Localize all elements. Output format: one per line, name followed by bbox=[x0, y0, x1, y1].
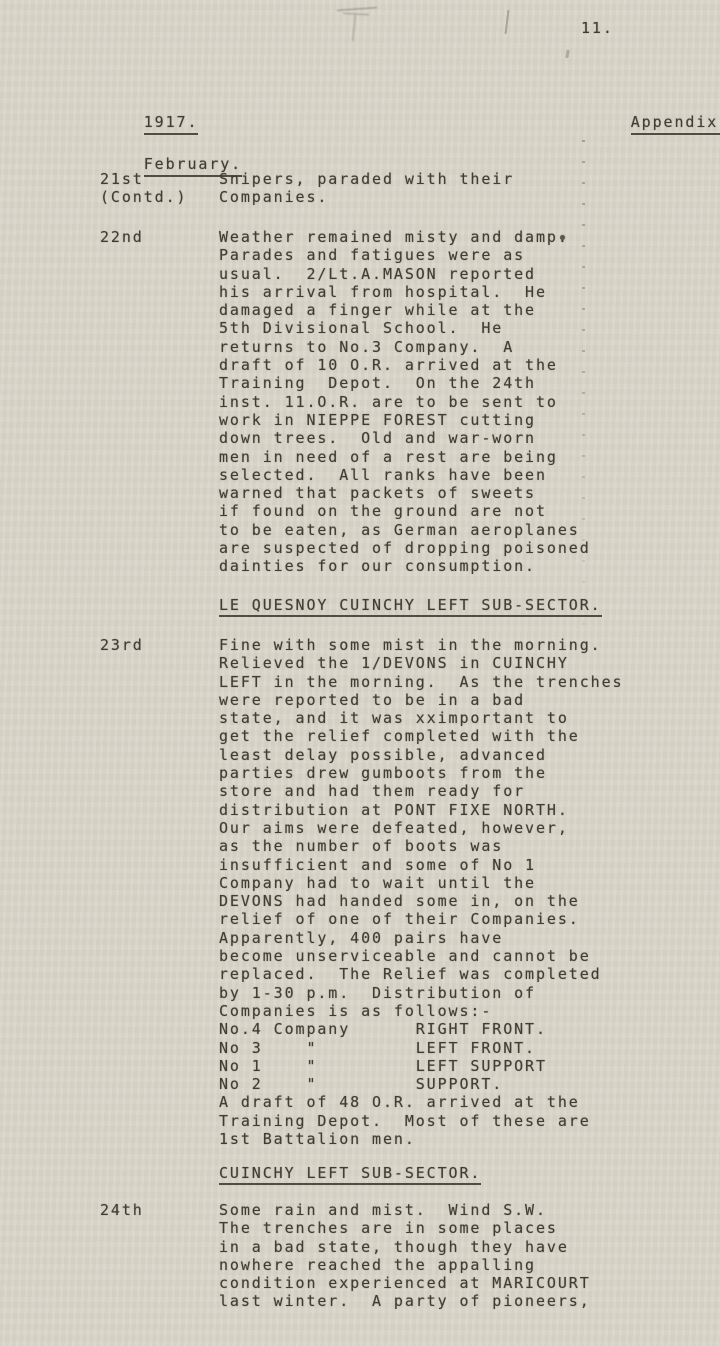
entry-date: 23rd bbox=[100, 636, 219, 1148]
entry-date-line: 23rd bbox=[100, 636, 219, 654]
entry-body: Fine with some mist in the morning.Relie… bbox=[219, 636, 623, 1148]
entry-date-line: (Contd.) bbox=[100, 188, 219, 206]
entry-text-line: Apparently, 400 pairs have bbox=[219, 929, 623, 947]
entry-text-line: No 2 " SUPPORT. bbox=[219, 1075, 623, 1093]
entry-date-line: 24th bbox=[100, 1201, 219, 1219]
entry-text-line: returns to No.3 Company. A bbox=[219, 338, 591, 356]
entry-text-line: replaced. The Relief was completed bbox=[219, 965, 623, 983]
entry-text-line: selected. All ranks have been bbox=[219, 466, 591, 484]
entry-text-line: get the relief completed with the bbox=[219, 727, 623, 745]
entry-text-line: Company had to wait until the bbox=[219, 874, 623, 892]
scanned-war-diary-page: 11. 1917. Appendix. February. 21st(Contd… bbox=[0, 0, 720, 1346]
entry-text-line: Training Depot. On the 24th bbox=[219, 374, 591, 392]
entry-text-line: parties drew gumboots from the bbox=[219, 764, 623, 782]
diary-entry: 21st(Contd.)Snipers, paraded with theirC… bbox=[100, 170, 514, 207]
diary-entry: 24thSome rain and mist. Wind S.W.The tre… bbox=[100, 1201, 591, 1311]
entry-text-line: Weather remained misty and damp. bbox=[219, 228, 591, 246]
entry-text-line: store and had them ready for bbox=[219, 782, 623, 800]
pencil-smudge bbox=[333, 6, 381, 46]
entry-text-line: LEFT in the morning. As the trenches bbox=[219, 673, 623, 691]
entry-text-line: as the number of boots was bbox=[219, 837, 623, 855]
entry-text-line: state, and it was xximportant to bbox=[219, 709, 623, 727]
entry-text-line: Parades and fatigues were as bbox=[219, 246, 591, 264]
entry-text-line: condition experienced at MARICOURT bbox=[219, 1274, 591, 1292]
diary-entry: 23rdFine with some mist in the morning.R… bbox=[100, 636, 623, 1148]
section-header: CUINCHY LEFT SUB-SECTOR. bbox=[219, 1164, 481, 1185]
entry-text-line: Relieved the 1/DEVONS in CUINCHY bbox=[219, 654, 623, 672]
entry-date: 21st(Contd.) bbox=[100, 170, 219, 207]
entry-text-line: Some rain and mist. Wind S.W. bbox=[219, 1201, 591, 1219]
paper-speck bbox=[565, 50, 569, 58]
entry-text-line: warned that packets of sweets bbox=[219, 484, 591, 502]
entry-text-line: by 1-30 p.m. Distribution of bbox=[219, 984, 623, 1002]
entry-text-line: are suspected of dropping poisoned bbox=[219, 539, 591, 557]
entry-text-line: Companies is as follows:- bbox=[219, 1002, 623, 1020]
entry-text-line: A draft of 48 O.R. arrived at the bbox=[219, 1093, 623, 1111]
diary-entry: 22ndWeather remained misty and damp.Para… bbox=[100, 228, 591, 576]
entry-text-line: relief of one of their Companies. bbox=[219, 910, 623, 928]
entry-text-line: usual. 2/Lt.A.MASON reported bbox=[219, 265, 591, 283]
appendix-heading: Appendix. bbox=[587, 95, 720, 153]
pencil-stroke-mark bbox=[505, 10, 510, 34]
entry-text-line: were reported to be in a bad bbox=[219, 691, 623, 709]
entry-text-line: nowhere reached the appalling bbox=[219, 1256, 591, 1274]
entry-text-line: least delay possible, advanced bbox=[219, 746, 623, 764]
entry-text-line: inst. 11.O.R. are to be sent to bbox=[219, 393, 591, 411]
entry-text-line: dainties for our consumption. bbox=[219, 557, 591, 575]
entry-text-line: down trees. Old and war-worn bbox=[219, 429, 591, 447]
entry-text-line: Companies. bbox=[219, 188, 514, 206]
entry-text-line: DEVONS had handed some in, on the bbox=[219, 892, 623, 910]
entry-text-line: insufficient and some of No 1 bbox=[219, 856, 623, 874]
entry-date-line: 21st bbox=[100, 170, 219, 188]
entry-text-line: No 1 " LEFT SUPPORT bbox=[219, 1057, 623, 1075]
entry-text-line: distribution at PONT FIXE NORTH. bbox=[219, 801, 623, 819]
entry-text-line: No.4 Company RIGHT FRONT. bbox=[219, 1020, 623, 1038]
entry-text-line: last winter. A party of pioneers, bbox=[219, 1292, 591, 1310]
entry-text-line: 1st Battalion men. bbox=[219, 1130, 623, 1148]
entry-date: 24th bbox=[100, 1201, 219, 1311]
entry-text-line: damaged a finger while at the bbox=[219, 301, 591, 319]
entry-text-line: Training Depot. Most of these are bbox=[219, 1112, 623, 1130]
entry-text-line: men in need of a rest are being bbox=[219, 448, 591, 466]
entry-text-line: if found on the ground are not bbox=[219, 502, 591, 520]
entry-text-line: 5th Divisional School. He bbox=[219, 319, 591, 337]
section-header: LE QUESNOY CUINCHY LEFT SUB-SECTOR. bbox=[219, 596, 602, 617]
entry-body: Snipers, paraded with theirCompanies. bbox=[219, 170, 514, 207]
page-number: 11. bbox=[581, 19, 614, 37]
entry-text-line: The trenches are in some places bbox=[219, 1219, 591, 1237]
entry-text-line: to be eaten, as German aeroplanes bbox=[219, 521, 591, 539]
section-header-text: LE QUESNOY CUINCHY LEFT SUB-SECTOR. bbox=[219, 596, 602, 617]
entry-date: 22nd bbox=[100, 228, 219, 576]
entry-text-line: his arrival from hospital. He bbox=[219, 283, 591, 301]
entry-text-line: No 3 " LEFT FRONT. bbox=[219, 1039, 623, 1057]
entry-body: Some rain and mist. Wind S.W.The trenche… bbox=[219, 1201, 591, 1311]
entry-text-line: in a bad state, though they have bbox=[219, 1238, 591, 1256]
entry-date-line: 22nd bbox=[100, 228, 219, 246]
entry-text-line: work in NIEPPE FOREST cutting bbox=[219, 411, 591, 429]
entry-text-line: become unserviceable and cannot be bbox=[219, 947, 623, 965]
entry-text-line: Our aims were defeated, however, bbox=[219, 819, 623, 837]
entry-text-line: Snipers, paraded with their bbox=[219, 170, 514, 188]
entry-text-line: Fine with some mist in the morning. bbox=[219, 636, 623, 654]
section-header-text: CUINCHY LEFT SUB-SECTOR. bbox=[219, 1164, 481, 1185]
entry-text-line: draft of 10 O.R. arrived at the bbox=[219, 356, 591, 374]
entry-body: Weather remained misty and damp.Parades … bbox=[219, 228, 591, 576]
ink-spot bbox=[560, 235, 565, 240]
